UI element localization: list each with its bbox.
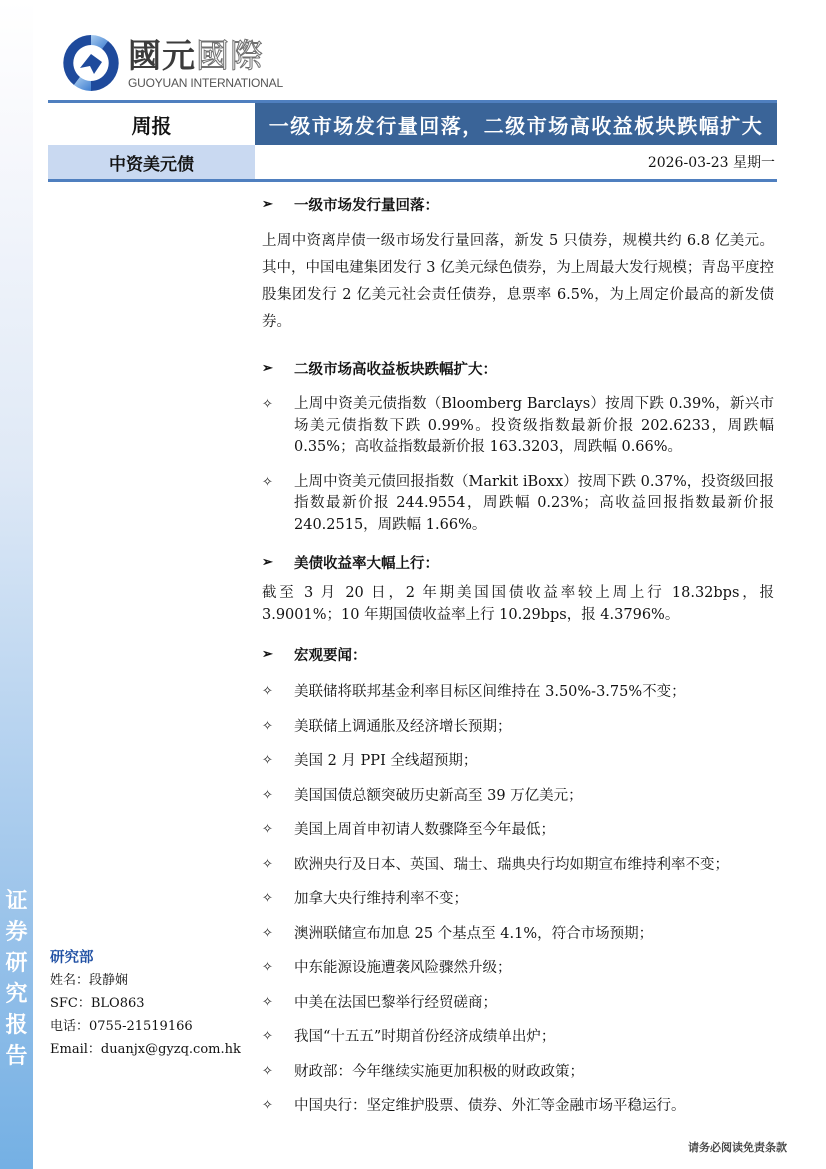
list-item: ✧美联储将联邦基金利率目标区间维持在 3.50%-3.75%不变；	[262, 682, 774, 717]
arrow-bullet-icon: ➢	[262, 361, 294, 376]
section-heading-primary: ➢ 一级市场发行量回落：	[262, 190, 774, 218]
list-item-text: 我国“十五五”时期首份经济成绩单出炉；	[294, 1027, 774, 1047]
side-strip-char: 研	[0, 948, 33, 979]
diamond-bullet-icon: ✧	[262, 682, 294, 702]
list-item-text: 美联储将联邦基金利率目标区间维持在 3.50%-3.75%不变；	[294, 682, 774, 702]
diamond-bullet-icon: ✧	[262, 751, 294, 771]
brand-name-solid: 國元	[128, 36, 196, 75]
brand-name-cn: 國元國際	[128, 36, 264, 76]
section-heading-treasury: ➢ 美债收益率大幅上行：	[262, 548, 774, 576]
report-date: 2026-03-23 星期一	[255, 145, 775, 179]
department-label: 研究部	[50, 946, 241, 969]
brand-name-outline: 國際	[196, 36, 264, 75]
diamond-bullet-icon: ✧	[262, 394, 294, 416]
side-strip-char: 券	[0, 917, 33, 948]
list-item: ✧澳洲联储宣布加息 25 个基点至 4.1%，符合市场预期；	[262, 924, 774, 959]
report-type: 周报	[48, 103, 255, 145]
report-body: ➢ 一级市场发行量回落： 上周中资离岸债一级市场发行量回落，新发 5 只债券，规…	[262, 190, 774, 1131]
diamond-bullet-icon: ✧	[262, 820, 294, 840]
list-item: ✧中国央行：坚定维护股票、债券、外汇等金融市场平稳运行。	[262, 1096, 774, 1131]
author-sfc: SFC：BLO863	[50, 992, 241, 1015]
side-strip-char: 报	[0, 1010, 33, 1041]
section-heading-secondary: ➢ 二级市场高收益板块跌幅扩大：	[262, 354, 774, 382]
list-item-text: 上周中资美元债回报指数（Markit iBoxx）按周下跌 0.37%，投资级回…	[294, 472, 774, 537]
list-item: ✧ 上周中资美元债指数（Bloomberg Barclays）按周下跌 0.39…	[262, 394, 774, 459]
diamond-bullet-icon: ✧	[262, 786, 294, 806]
list-item-text: 中美在法国巴黎举行经贸磋商；	[294, 993, 774, 1013]
list-item-text: 美国 2 月 PPI 全线超预期；	[294, 751, 774, 771]
diamond-bullet-icon: ✧	[262, 958, 294, 978]
list-item: ✧我国“十五五”时期首份经济成绩单出炉；	[262, 1027, 774, 1062]
treasury-paragraph: 截至 3 月 20 日，2 年期美国国债收益率较上周上行 18.32bps，报 …	[262, 582, 774, 626]
list-item-text: 欧洲央行及日本、英国、瑞士、瑞典央行均如期宣布维持利率不变；	[294, 855, 774, 875]
header-rule-bottom	[48, 179, 777, 182]
list-item: ✧美国国债总额突破历史新高至 39 万亿美元；	[262, 786, 774, 821]
list-item-text: 中国央行：坚定维护股票、债券、外汇等金融市场平稳运行。	[294, 1096, 774, 1116]
list-item: ✧ 上周中资美元债回报指数（Markit iBoxx）按周下跌 0.37%，投资…	[262, 472, 774, 537]
brand-name-en: GUOYUAN INTERNATIONAL	[128, 76, 283, 90]
report-title: 一级市场发行量回落，二级市场高收益板块跌幅扩大	[255, 103, 777, 145]
list-item: ✧美联储上调通胀及经济增长预期；	[262, 717, 774, 752]
list-item: ✧中美在法国巴黎举行经贸磋商；	[262, 993, 774, 1028]
list-item: ✧财政部：今年继续实施更加积极的财政政策；	[262, 1062, 774, 1097]
diamond-bullet-icon: ✧	[262, 1027, 294, 1047]
list-item-text: 中东能源设施遭袭风险骤然升级；	[294, 958, 774, 978]
section-heading-text: 二级市场高收益板块跌幅扩大：	[294, 358, 497, 379]
author-info: 研究部 姓名：段静娴 SFC：BLO863 电话：0755-21519166 E…	[50, 946, 241, 1061]
macro-news-list: ✧美联储将联邦基金利率目标区间维持在 3.50%-3.75%不变； ✧美联储上调…	[262, 682, 774, 1131]
guoyuan-logo-icon	[60, 32, 122, 94]
author-email[interactable]: Email：duanjx@gyzq.com.hk	[50, 1038, 241, 1061]
report-category: 中资美元债	[48, 145, 255, 179]
diamond-bullet-icon: ✧	[262, 1062, 294, 1082]
list-item: ✧加拿大央行维持利率不变；	[262, 889, 774, 924]
side-strip-label: 证 券 研 究 报 告	[0, 886, 33, 1072]
diamond-bullet-icon: ✧	[262, 717, 294, 737]
list-item-text: 美国上周首申初请人数骤降至今年最低；	[294, 820, 774, 840]
section-heading-macro: ➢ 宏观要闻：	[262, 640, 774, 668]
list-item: ✧中东能源设施遭袭风险骤然升级；	[262, 958, 774, 993]
arrow-bullet-icon: ➢	[262, 647, 294, 662]
list-item-text: 财政部：今年继续实施更加积极的财政政策；	[294, 1062, 774, 1082]
arrow-bullet-icon: ➢	[262, 197, 294, 212]
diamond-bullet-icon: ✧	[262, 993, 294, 1013]
list-item-text: 美国国债总额突破历史新高至 39 万亿美元；	[294, 786, 774, 806]
list-item-text: 上周中资美元债指数（Bloomberg Barclays）按周下跌 0.39%，…	[294, 394, 774, 459]
diamond-bullet-icon: ✧	[262, 855, 294, 875]
primary-market-paragraph: 上周中资离岸债一级市场发行量回落，新发 5 只债券，规模共约 6.8 亿美元。其…	[262, 228, 774, 336]
diamond-bullet-icon: ✧	[262, 472, 294, 494]
arrow-bullet-icon: ➢	[262, 555, 294, 570]
side-strip-char: 究	[0, 979, 33, 1010]
list-item: ✧欧洲央行及日本、英国、瑞士、瑞典央行均如期宣布维持利率不变；	[262, 855, 774, 890]
list-item: ✧美国 2 月 PPI 全线超预期；	[262, 751, 774, 786]
list-item-text: 加拿大央行维持利率不变；	[294, 889, 774, 909]
disclaimer-link[interactable]: 请务必阅读免责条款	[688, 1139, 787, 1155]
diamond-bullet-icon: ✧	[262, 889, 294, 909]
section-heading-text: 宏观要闻：	[294, 644, 367, 665]
list-item-text: 美联储上调通胀及经济增长预期；	[294, 717, 774, 737]
list-item-text: 澳洲联储宣布加息 25 个基点至 4.1%，符合市场预期；	[294, 924, 774, 944]
side-strip-char: 告	[0, 1041, 33, 1072]
author-name: 姓名：段静娴	[50, 969, 241, 992]
diamond-bullet-icon: ✧	[262, 924, 294, 944]
secondary-market-list: ✧ 上周中资美元债指数（Bloomberg Barclays）按周下跌 0.39…	[262, 394, 774, 536]
section-heading-text: 美债收益率大幅上行：	[294, 552, 439, 573]
section-heading-text: 一级市场发行量回落：	[294, 194, 439, 215]
diamond-bullet-icon: ✧	[262, 1096, 294, 1116]
list-item: ✧美国上周首申初请人数骤降至今年最低；	[262, 820, 774, 855]
author-phone: 电话：0755-21519166	[50, 1015, 241, 1038]
side-strip-char: 证	[0, 886, 33, 917]
